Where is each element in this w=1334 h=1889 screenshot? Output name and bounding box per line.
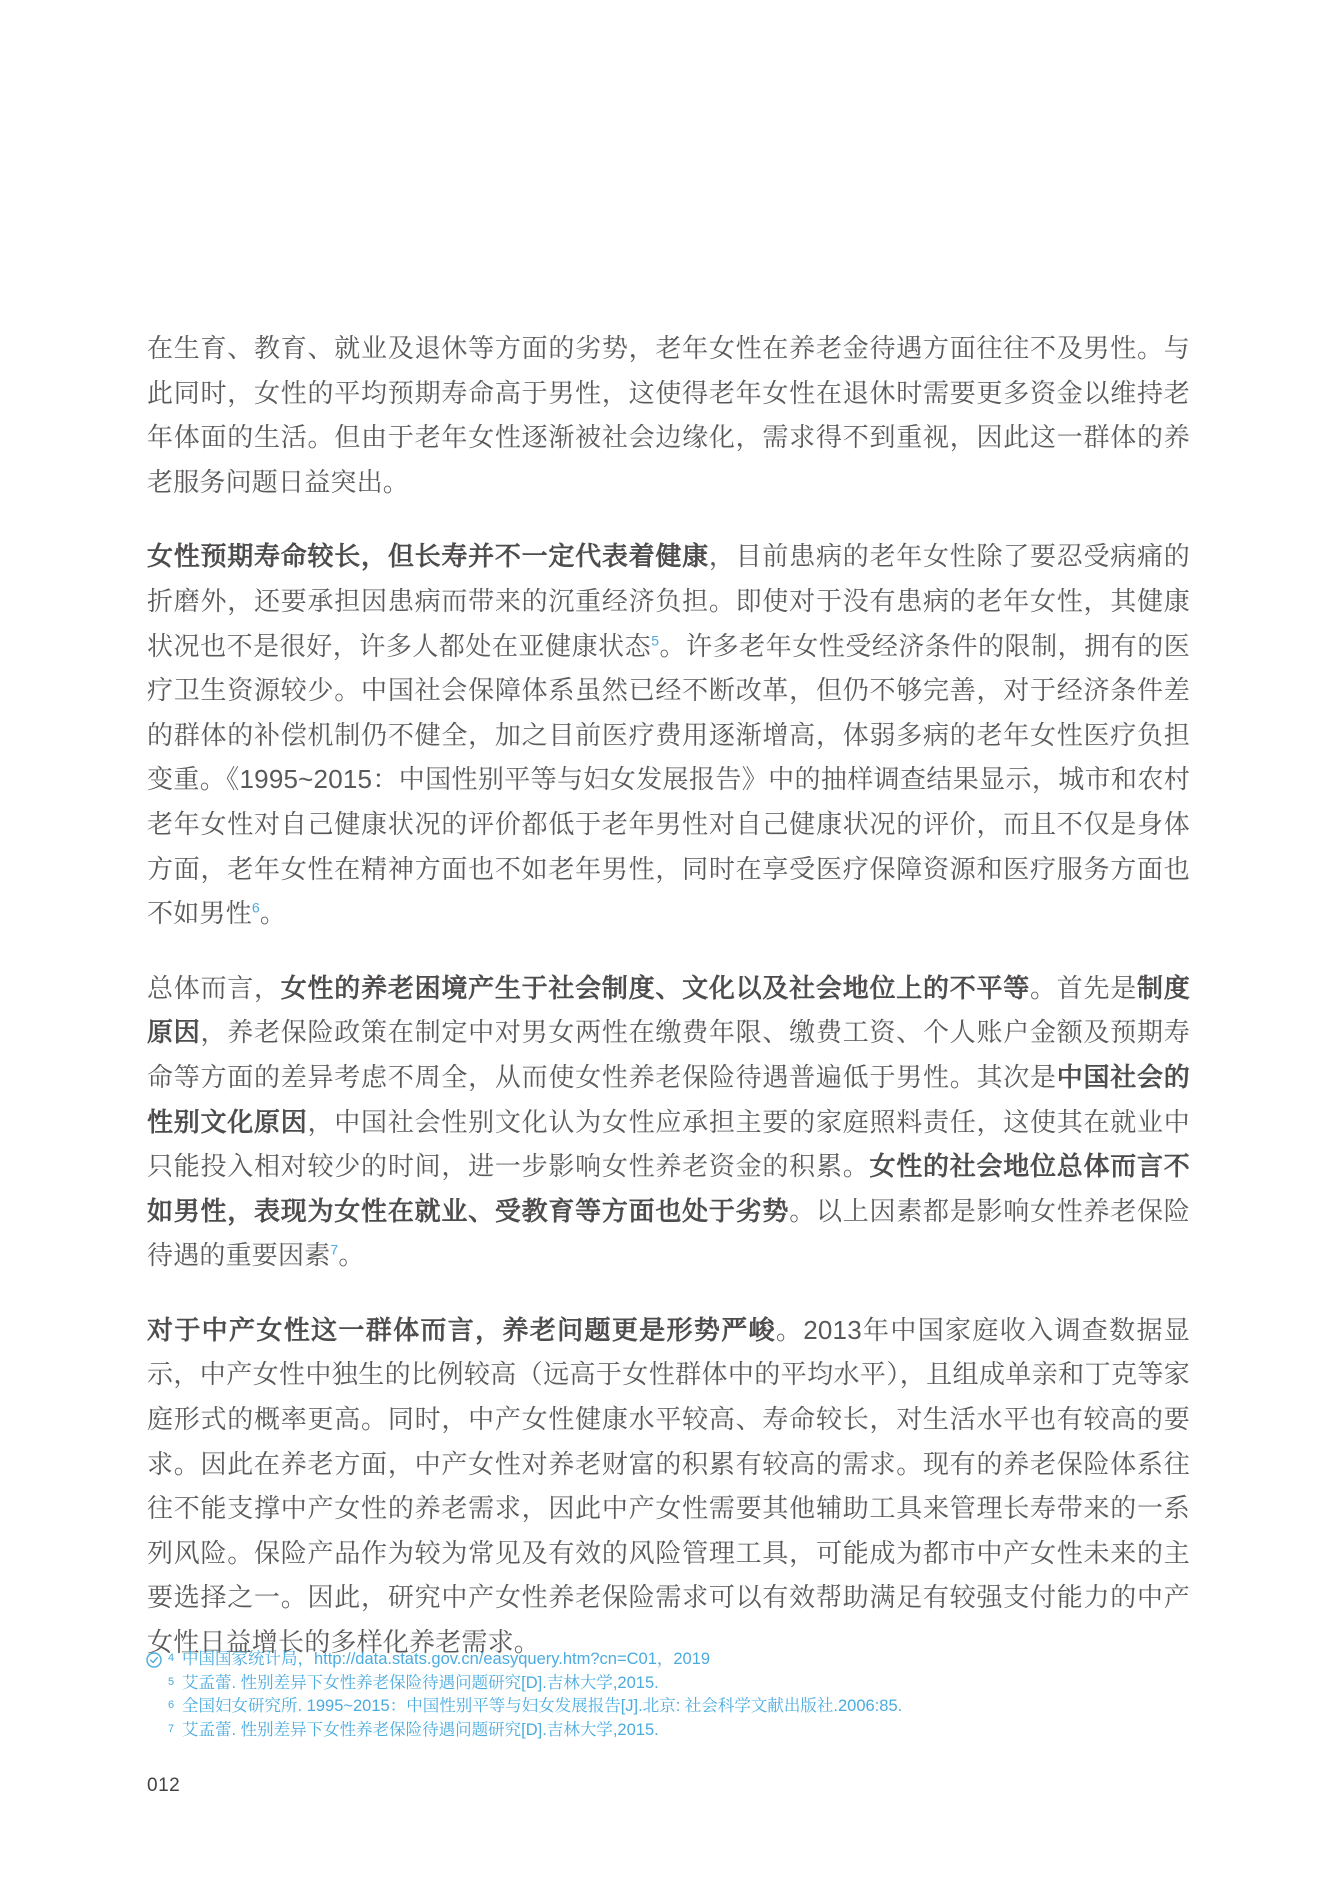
footnote-5: 5艾孟蕾. 性别差异下女性养老保险待遇问题研究[D].吉林大学,2015. <box>146 1672 1156 1696</box>
footnote-6: 6全国妇女研究所. 1995~2015：中国性别平等与妇女发展报告[J].北京:… <box>146 1695 1156 1719</box>
body-paragraphs: 在生育、教育、就业及退休等方面的劣势，老年女性在养老金待遇方面往往不及男性。与此… <box>147 326 1190 1665</box>
paragraph-4: 对于中产女性这一群体而言，养老问题更是形势严峻。2013年中国家庭收入调查数据显… <box>147 1308 1190 1665</box>
bold-text: 女性的养老困境产生于社会制度、文化以及社会地位上的不平等 <box>281 973 1030 1003</box>
paragraph-3: 总体而言，女性的养老困境产生于社会制度、文化以及社会地位上的不平等。首先是制度原… <box>147 966 1190 1278</box>
footnote-marker: 5 <box>168 1671 182 1695</box>
footnote-indent <box>146 1719 168 1743</box>
footnote-text: 中国国家统计局，http://data.stats.gov.cn/easyque… <box>182 1648 1156 1672</box>
body-text: 。 <box>338 1240 364 1270</box>
paragraph-1: 在生育、教育、就业及退休等方面的劣势，老年女性在养老金待遇方面往往不及男性。与此… <box>147 326 1190 504</box>
footnote-marker: 6 <box>168 1694 182 1718</box>
footnote-7: 7艾孟蕾. 性别差异下女性养老保险待遇问题研究[D].吉林大学,2015. <box>146 1719 1156 1743</box>
footnote-text: 艾孟蕾. 性别差异下女性养老保险待遇问题研究[D].吉林大学,2015. <box>182 1672 1156 1696</box>
body-text: 。2013年中国家庭收入调查数据显示，中产女性中独生的比例较高（远高于女性群体中… <box>147 1315 1190 1657</box>
body-text: ，养老保险政策在制定中对男女两性在缴费年限、缴费工资、个人账户金额及预期寿命等方… <box>147 1017 1190 1092</box>
footnote-ref-6: 6 <box>252 899 260 915</box>
body-text: 。许多老年女性受经济条件的限制，拥有的医疗卫生资源较少。中国社会保障体系虽然已经… <box>147 631 1190 929</box>
footnote-list: 4中国国家统计局，http://data.stats.gov.cn/easyqu… <box>146 1648 1156 1742</box>
footnote-marker: 4 <box>168 1647 182 1671</box>
body-text: 在生育、教育、就业及退休等方面的劣势，老年女性在养老金待遇方面往往不及男性。与此… <box>147 333 1190 497</box>
footnote-text: 全国妇女研究所. 1995~2015：中国性别平等与妇女发展报告[J].北京: … <box>182 1695 1156 1719</box>
bold-text: 女性预期寿命较长，但长寿并不一定代表着健康 <box>147 541 709 571</box>
page-number: 012 <box>147 1775 180 1797</box>
paragraph-2: 女性预期寿命较长，但长寿并不一定代表着健康，目前患病的老年女性除了要忍受病痛的折… <box>147 534 1190 935</box>
footnote-indent <box>146 1695 168 1719</box>
circle-check-icon <box>146 1648 168 1672</box>
footnote-4: 4中国国家统计局，http://data.stats.gov.cn/easyqu… <box>146 1648 1156 1672</box>
footnote-marker: 7 <box>168 1718 182 1742</box>
document-page: 在生育、教育、就业及退休等方面的劣势，老年女性在养老金待遇方面往往不及男性。与此… <box>0 0 1334 1889</box>
bold-text: 对于中产女性这一群体而言，养老问题更是形势严峻 <box>147 1315 776 1345</box>
body-text: 。 <box>260 898 286 928</box>
footnote-indent <box>146 1672 168 1696</box>
body-text: 。首先是 <box>1030 973 1137 1003</box>
footnote-text: 艾孟蕾. 性别差异下女性养老保险待遇问题研究[D].吉林大学,2015. <box>182 1719 1156 1743</box>
body-text: 总体而言， <box>147 973 281 1003</box>
